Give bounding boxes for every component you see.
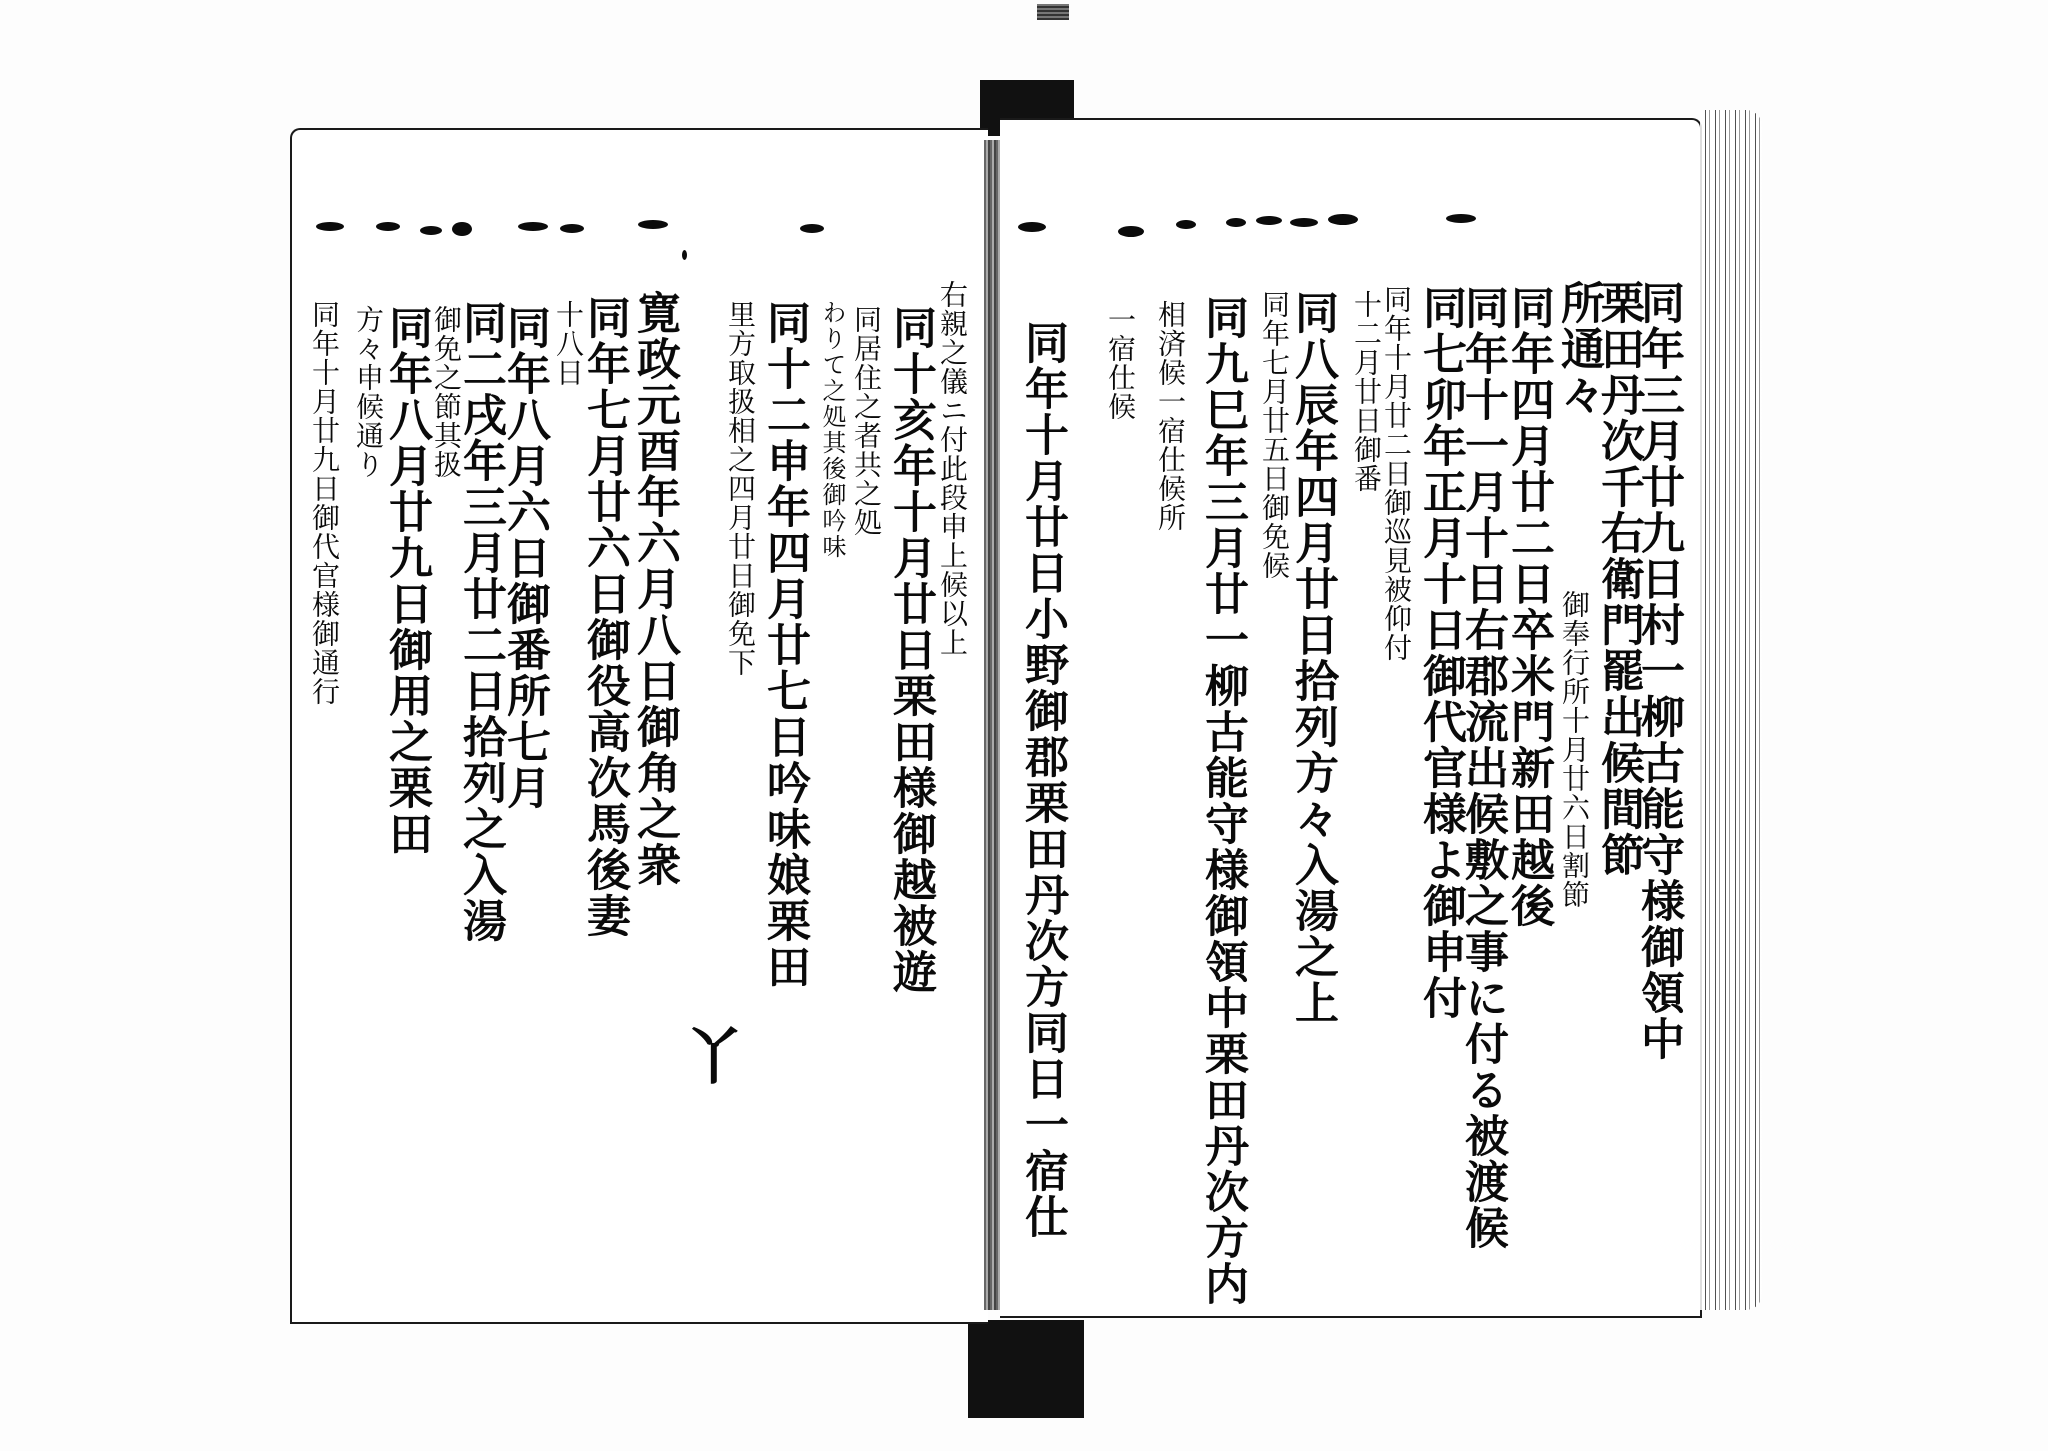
text-column: 同十亥年十月廿日栗田様御越被遊	[888, 305, 932, 995]
text-column: 同年十月廿九日御代官様御通行	[310, 300, 338, 706]
header-dash	[560, 224, 584, 233]
header-dash	[518, 222, 548, 231]
text-column: 十八日	[554, 300, 582, 387]
text-column: 十二月廿日御番	[1352, 290, 1380, 493]
text-column: 同年七月廿六日御役高次馬後妻	[582, 295, 626, 939]
text-column: 一宿仕候	[1106, 305, 1134, 421]
text-column: 同年七月廿五日御免候	[1260, 290, 1288, 580]
text-column: 同年八月六日御番所七月	[502, 305, 546, 811]
header-dash	[376, 222, 400, 231]
ink-dot	[682, 250, 687, 260]
text-column: 同年八月廿九日御用之栗田	[384, 305, 428, 857]
header-dash	[1328, 214, 1358, 225]
text-column: 相済候一宿仕候所	[1156, 300, 1184, 532]
header-dash	[1290, 218, 1318, 227]
binding-clip-bottom	[968, 1320, 1084, 1418]
header-dash	[1018, 222, 1046, 232]
text-column: 同年十月廿日小野御郡栗田丹次方同日一宿仕	[1020, 320, 1064, 1240]
text-column: 寛政元酉年六月八日御角之衆	[632, 290, 676, 888]
text-column: 御免之節其扱	[432, 305, 460, 479]
header-dash	[420, 226, 442, 235]
text-column: 方々申候通り	[354, 305, 382, 479]
text-column: 御奉行所十月廿六日割節	[1560, 590, 1588, 909]
text-column: 同年十一月十日右郡流出候敷之事に付る被渡候	[1460, 285, 1504, 1251]
header-dash	[638, 220, 668, 229]
text-column: 同居住之者共之処	[852, 305, 880, 537]
text-column: 同七卯年正月十日御代官様よ御申付	[1418, 285, 1462, 1021]
text-column: 同八辰年四月廿日拾列方々入湯之上	[1290, 290, 1334, 1026]
header-dash	[1176, 220, 1196, 229]
scan-calibration-mark	[1037, 4, 1069, 20]
header-dash	[1446, 214, 1476, 223]
text-column: 同十二申年四月廿七日吟味娘栗田	[762, 300, 806, 990]
margin-mark: 丫	[684, 1010, 744, 1096]
scanned-spread: 右親之儀ニ付此段申上候以上 同十亥年十月廿日栗田様御越被遊 同居住之者共之処 わ…	[0, 0, 2048, 1451]
header-dash	[1226, 218, 1246, 227]
text-column: 同年四月廿二日卒米門新田越後	[1506, 285, 1550, 929]
header-dash	[800, 224, 824, 233]
text-column: 同年十月廿二日御巡見被仰付	[1382, 285, 1410, 662]
text-column: 所通々	[1556, 280, 1600, 418]
text-column: 里方取扱相之四月廿日御免下	[726, 300, 754, 677]
header-dash	[1118, 226, 1144, 237]
header-dash	[1256, 216, 1282, 225]
text-column: わりて之処其後御吟味	[820, 300, 844, 560]
text-column: 右親之儀ニ付此段申上候以上	[938, 280, 966, 657]
text-column: 同九巳年三月廿一柳古能守様御領中栗田丹次方内	[1200, 295, 1244, 1307]
header-dash	[316, 222, 344, 231]
page-block-edges	[1700, 110, 1762, 1310]
left-page: 右親之儀ニ付此段申上候以上 同十亥年十月廿日栗田様御越被遊 同居住之者共之処 わ…	[290, 128, 988, 1324]
header-dash	[452, 222, 472, 236]
right-page: 同年三月廿九日村一柳古能守様御領中 栗田丹次千右衛門罷出候間節 所通々 御奉行所…	[1000, 118, 1702, 1318]
text-column: 同二戌年三月廿二日拾列之入湯	[458, 300, 502, 944]
